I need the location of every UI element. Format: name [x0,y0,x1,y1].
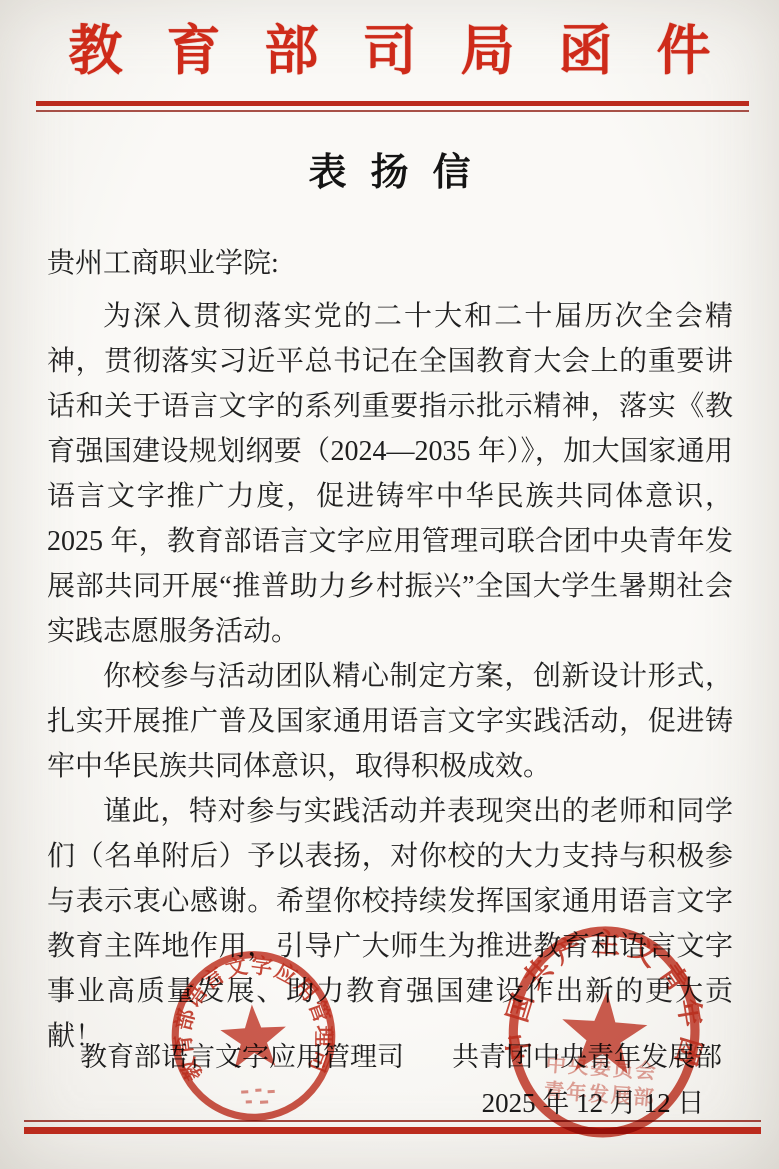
letterhead-title: 教育部司局函件 [0,8,779,85]
seal-inner-row-1: 中央委员会 [545,1052,659,1084]
salutation: 贵州工商职业学院: [47,241,733,286]
seal-inner-row-2: 青年发展部 [543,1078,657,1110]
paragraph-1: 为深入贯彻落实党的二十大和二十届历次全会精神，贯彻落实习近平总书记在全国教育大会… [47,294,733,654]
paragraph-2: 你校参与活动团队精心制定方案，创新设计形式，扎实开展推广普及国家通用语言文字实践… [47,654,733,789]
right-official-seal-cyl-central: 中国共产主义青年团 中央委员会 青年发展部 [494,914,713,1154]
seal-star-icon [219,1003,288,1069]
document-title: 表扬信 [0,141,779,196]
left-official-seal-moe-language-dept: 教育部语言文字应用管理司 [154,934,353,1138]
letterhead-rule-thick [36,101,749,106]
letterhead-rule-thin [36,110,749,112]
commendation-letter-page: 教育部司局函件 表扬信 贵州工商职业学院: 为深入贯彻落实党的二十大和二十届历次… [0,0,779,1169]
seal-code-specks [241,1088,275,1105]
